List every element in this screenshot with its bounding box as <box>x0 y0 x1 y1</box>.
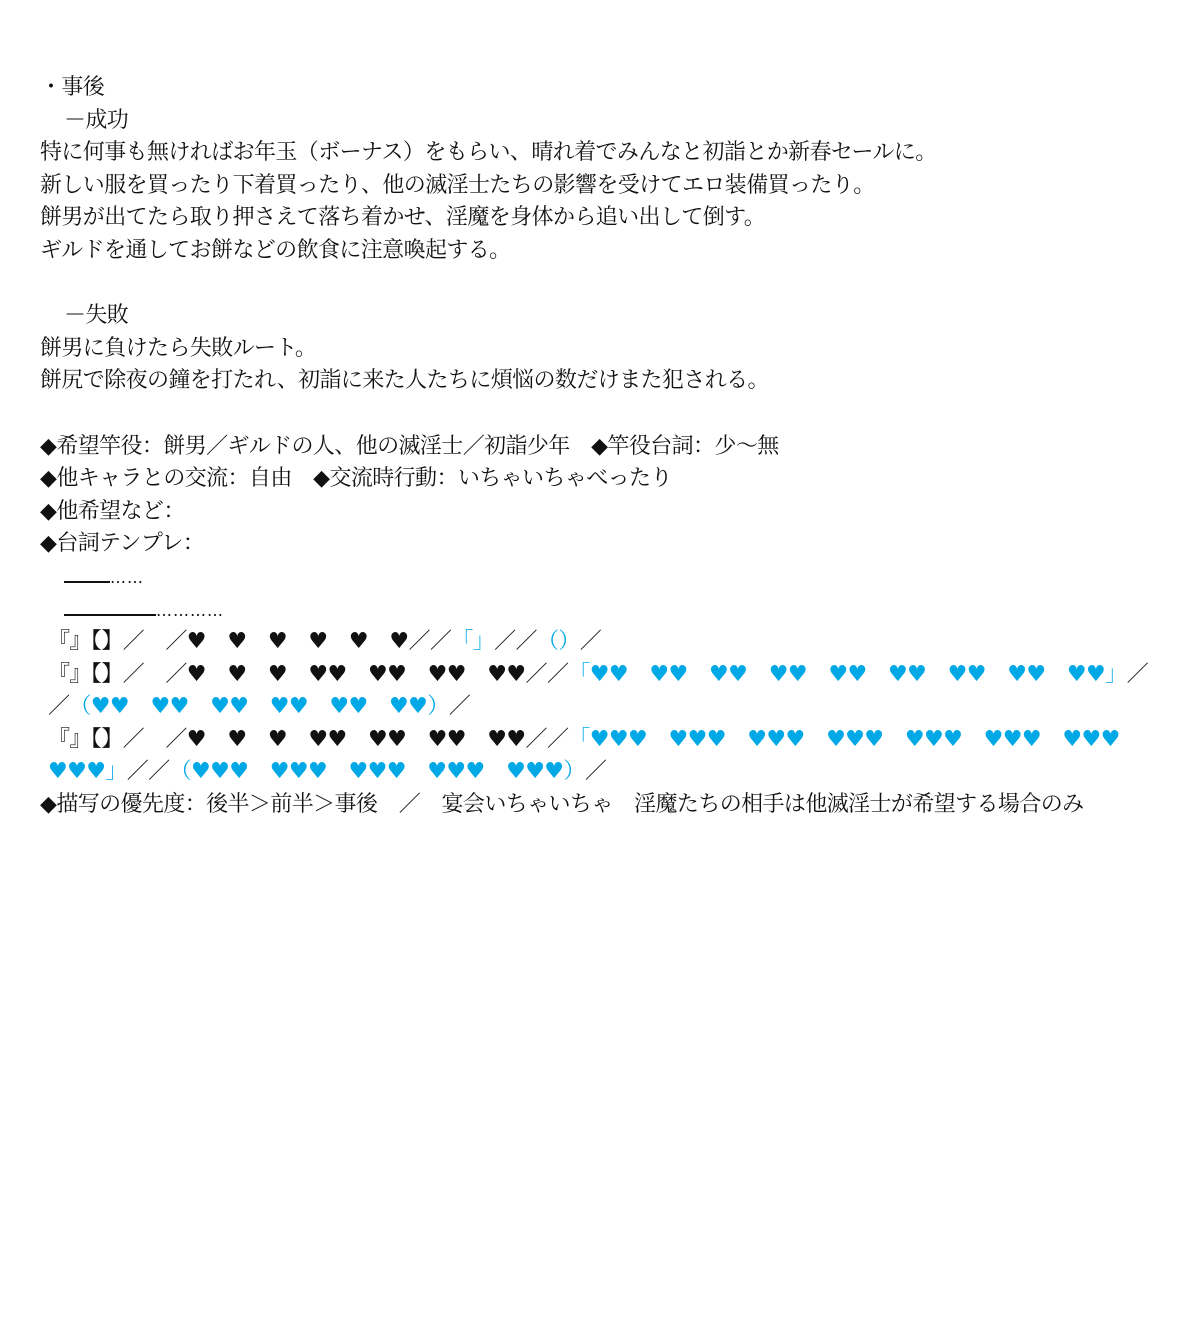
success-line-1: 特に何事も無ければお年玉（ボーナス）をもらい、晴れ着でみんなと初詣とか新春セール… <box>40 137 1160 170</box>
template-black-part: 『』【】／ ／♥ ♥ ♥ ♥♥ ♥♥ ♥♥ ♥♥／／ <box>48 727 568 752</box>
failure-line-2: 餅尻で除夜の鐘を打たれ、初詣に来た人たちに煩悩の数だけまた犯される。 <box>40 365 1160 398</box>
template-end-slash: ／ <box>585 759 606 784</box>
blank-dots: ………… <box>156 601 224 620</box>
success-line-3: 餅男が出てたら取り押さえて落ち着かせ、淫魔を身体から追い出して倒す。 <box>40 202 1160 235</box>
preference-dialogue-template: ◆台詞テンプレ： <box>40 528 1160 561</box>
template-quote: 「」 <box>451 629 494 654</box>
template-paren: （♥♥ ♥♥ ♥♥ ♥♥ ♥♥ ♥♥） <box>69 694 448 719</box>
depiction-priority: ◆描写の優先度：後半＞前半＞事後 ／ 宴会いちゃいちゃ 淫魔たちの相手は他滅淫士… <box>40 789 1160 822</box>
desired-roles: ◆希望竿役：餅男／ギルドの人、他の滅淫士／初詣少年 <box>40 434 570 459</box>
template-paren: （） <box>537 629 580 654</box>
dialogue-template-1: 『』【】／ ／♥ ♥ ♥ ♥ ♥ ♥／／「」／／（）／ <box>40 626 1153 659</box>
dialogue-template-3: 『』【】／ ／♥ ♥ ♥ ♥♥ ♥♥ ♥♥ ♥♥／／「♥♥♥ ♥♥♥ ♥♥♥ ♥… <box>40 724 1153 789</box>
template-blank-short: …… <box>40 561 1160 594</box>
interaction-behavior: ◆交流時行動：いちゃいちゃべったり <box>313 466 672 491</box>
template-black-part: 『』【】／ ／♥ ♥ ♥ ♥♥ ♥♥ ♥♥ ♥♥／／ <box>48 662 568 687</box>
template-quote: 「♥♥ ♥♥ ♥♥ ♥♥ ♥♥ ♥♥ ♥♥ ♥♥ ♥♥」 <box>568 662 1126 687</box>
subheading-success: －成功 <box>40 105 1160 138</box>
spacer-gap <box>570 434 591 459</box>
document-body: ・事後 －成功 特に何事も無ければお年玉（ボーナス）をもらい、晴れ着でみんなと初… <box>40 72 1160 822</box>
template-paren: （♥♥♥ ♥♥♥ ♥♥♥ ♥♥♥ ♥♥♥） <box>170 759 585 784</box>
template-slashes: ／／ <box>494 629 537 654</box>
template-slashes: ／／ <box>127 759 170 784</box>
template-end-slash: ／ <box>580 629 601 654</box>
preference-line-roles: ◆希望竿役：餅男／ギルドの人、他の滅淫士／初詣少年 ◆竿役台詞：少～無 <box>40 431 1160 464</box>
preference-other-wishes: ◆他希望など： <box>40 496 1160 529</box>
interaction-with-others: ◆他キャラとの交流：自由 <box>40 466 292 491</box>
success-line-2: 新しい服を買ったり下着買ったり、他の滅淫士たちの影響を受けてエロ装備買ったり。 <box>40 170 1160 203</box>
preference-line-interaction: ◆他キャラとの交流：自由 ◆交流時行動：いちゃいちゃべったり <box>40 463 1160 496</box>
spacer <box>40 268 1160 301</box>
spacer-gap <box>292 466 313 491</box>
subheading-failure: －失敗 <box>40 300 1160 333</box>
blank-underline <box>64 563 110 583</box>
section-heading-aftermath: ・事後 <box>40 72 1160 105</box>
spacer <box>40 398 1160 431</box>
success-line-4: ギルドを通してお餅などの飲食に注意喚起する。 <box>40 235 1160 268</box>
role-dialogue: ◆竿役台詞：少～無 <box>591 434 779 459</box>
template-end-slash: ／ <box>449 694 470 719</box>
template-black-part: 『』【】／ ／♥ ♥ ♥ ♥ ♥ ♥／／ <box>48 629 451 654</box>
blank-dots: …… <box>110 568 144 587</box>
template-blank-long: ………… <box>40 594 1160 627</box>
failure-line-1: 餅男に負けたら失敗ルート。 <box>40 333 1160 366</box>
blank-underline <box>64 596 156 616</box>
dialogue-template-2: 『』【】／ ／♥ ♥ ♥ ♥♥ ♥♥ ♥♥ ♥♥／／「♥♥ ♥♥ ♥♥ ♥♥ ♥… <box>40 659 1153 724</box>
